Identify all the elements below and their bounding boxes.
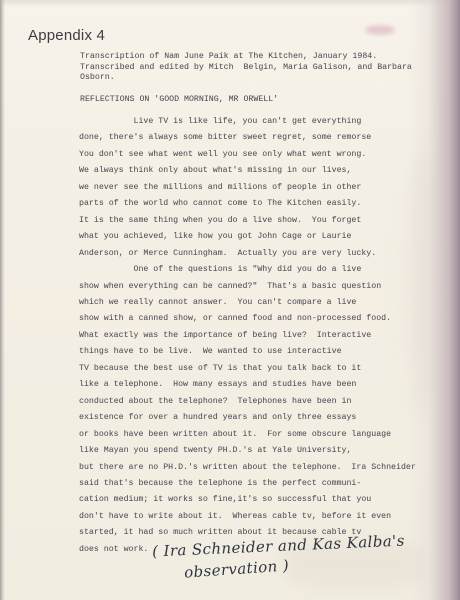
typed-line: but there are no PH.D.'s written about t… xyxy=(79,460,416,476)
typed-line: What exactly was the importance of being… xyxy=(79,328,416,344)
typed-line: conducted about the telephone? Telephone… xyxy=(79,394,416,410)
typed-line: things have to be live. We wanted to use… xyxy=(79,344,416,360)
typed-line: One of the questions is "Why did you do … xyxy=(79,262,416,278)
typed-line: It is the same thing when you do a live … xyxy=(79,213,416,229)
scanned-page: Appendix 4 Transcription of Nam June Pai… xyxy=(0,0,460,600)
section-title: REFLECTIONS ON 'GOOD MORNING, MR ORWELL' xyxy=(80,95,278,106)
typed-line: Anderson, or Merce Cunningham. Actually … xyxy=(79,246,416,262)
page-top-edge xyxy=(0,0,460,7)
transcript-body: Live TV is like life, you can't get ever… xyxy=(79,114,416,558)
typed-line: You don't see what went well you see onl… xyxy=(79,147,416,163)
typed-line: cation medium; it works so fine,it's so … xyxy=(79,492,416,508)
typed-line: existence for over a hundred years and o… xyxy=(79,410,416,426)
typed-line: what you achieved, like how you got John… xyxy=(79,229,416,245)
credits-line: Transcription of Nam June Paik at The Ki… xyxy=(80,52,412,63)
transcription-credits: Transcription of Nam June Paik at The Ki… xyxy=(80,52,412,84)
credits-line: Transcribed and edited by Mitch Belgin, … xyxy=(80,63,412,74)
typed-line: or books have been written about it. For… xyxy=(79,427,416,443)
credits-line: Osborn. xyxy=(80,73,412,84)
page-left-edge xyxy=(0,0,5,600)
typed-line: show when everything can be canned?" Tha… xyxy=(79,279,416,295)
typed-line: like Mayan you spend twenty PH.D.'s at Y… xyxy=(79,443,416,459)
typed-line: like a telephone. How many essays and st… xyxy=(79,377,416,393)
typed-line: We always think only about what's missin… xyxy=(79,163,416,179)
typed-line: don't have to write about it. Whereas ca… xyxy=(79,509,416,525)
typed-line: TV because the best use of TV is that yo… xyxy=(79,361,416,377)
typed-line: said that's because the telephone is the… xyxy=(79,476,416,492)
handwritten-note-line2: observation ) xyxy=(184,556,290,581)
typed-line: we never see the millions and millions o… xyxy=(79,180,416,196)
appendix-title: Appendix 4 xyxy=(28,27,105,44)
typed-line: parts of the world who cannot come to Th… xyxy=(79,196,416,212)
typed-line: which we really cannot answer. You can't… xyxy=(79,295,416,311)
pink-ink-smudge xyxy=(365,25,395,35)
typed-line: done, there's always some bitter sweet r… xyxy=(79,130,416,146)
typed-line: Live TV is like life, you can't get ever… xyxy=(79,114,416,130)
typed-line: show with a canned show, or canned food … xyxy=(79,311,416,327)
page-right-edge xyxy=(408,0,460,600)
